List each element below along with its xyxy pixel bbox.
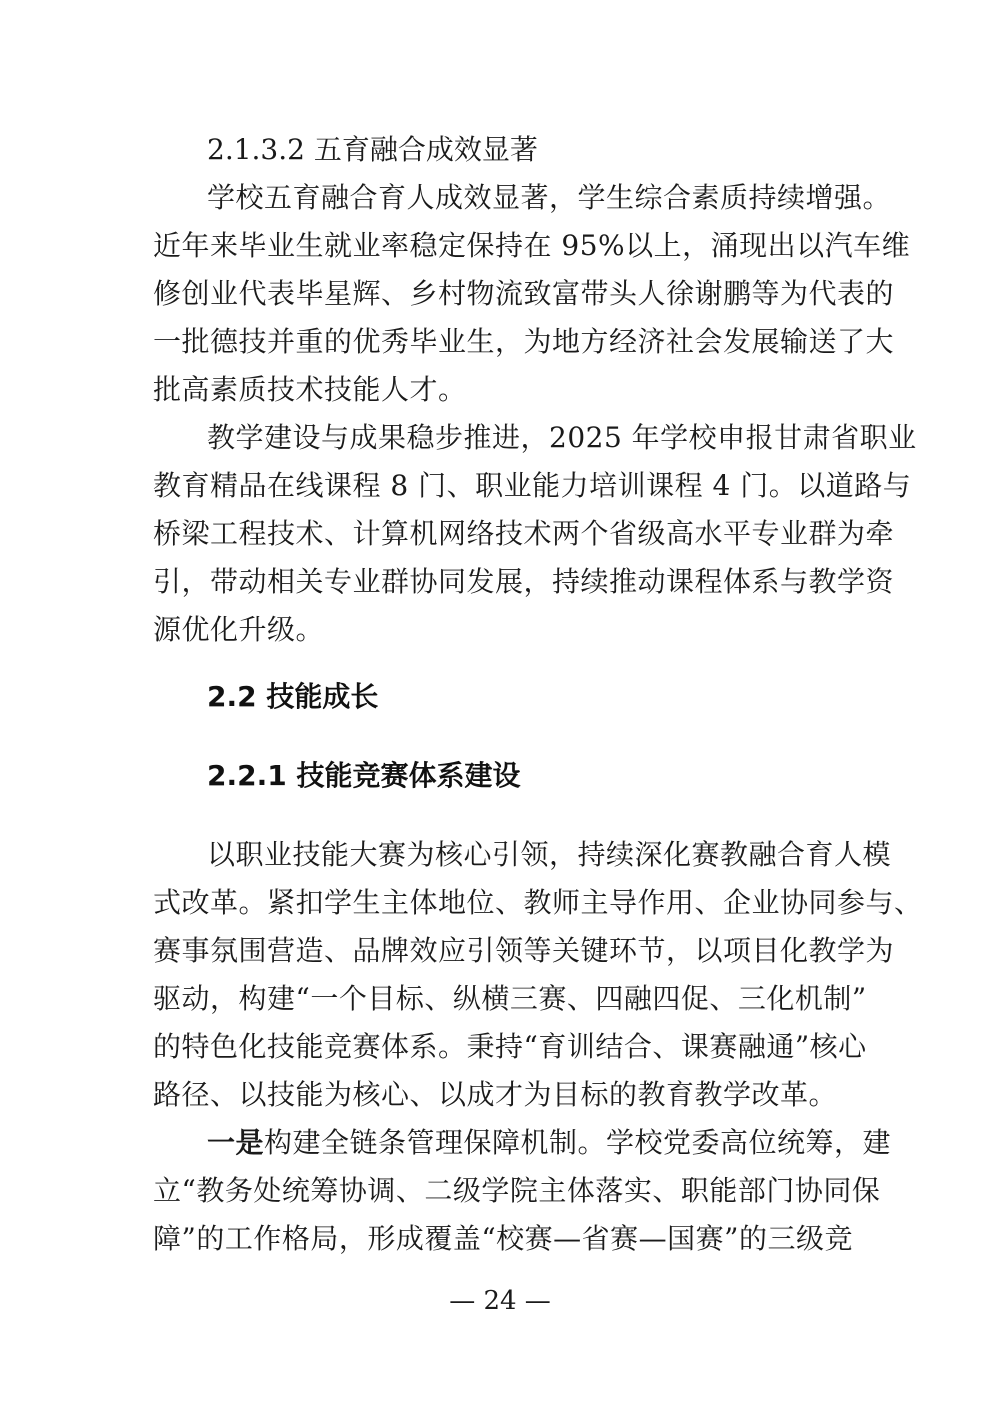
document-page: 2.1.3.2 五育融合成效显著 学校五育融合育人成效显著，学生综合素质持续增强… — [0, 0, 1000, 1415]
section-heading-2-2: 2.2 技能成长 — [207, 677, 378, 717]
paragraph-line: 一批德技并重的优秀毕业生，为地方经济社会发展输送了大 — [153, 322, 847, 362]
paragraph-line: 引，带动相关专业群协同发展，持续推动课程体系与教学资 — [153, 562, 847, 602]
section-heading-2-1-3-2: 2.1.3.2 五育融合成效显著 — [207, 130, 538, 170]
paragraph-lead-rest: 构建全链条管理保障机制。学校党委高位统筹，建 — [264, 1126, 891, 1159]
section-heading-2-2-1: 2.2.1 技能竞赛体系建设 — [207, 756, 520, 796]
paragraph-line: 批高素质技术技能人才。 — [153, 370, 847, 410]
paragraph-line: 源优化升级。 — [153, 610, 847, 650]
paragraph-line: 教育精品在线课程 8 门、职业能力培训课程 4 门。以道路与 — [153, 466, 847, 506]
paragraph-line: 近年来毕业生就业率稳定保持在 95%以上，涌现出以汽车维 — [153, 226, 847, 266]
paragraph-line: 障”的工作格局，形成覆盖“校赛—省赛—国赛”的三级竞 — [153, 1219, 847, 1259]
paragraph-line: 驱动，构建“一个目标、纵横三赛、四融四促、三化机制” — [153, 979, 847, 1019]
paragraph-lead-bold: 一是 — [207, 1126, 264, 1159]
paragraph-line: 修创业代表毕星辉、乡村物流致富带头人徐谢鹏等为代表的 — [153, 274, 847, 314]
paragraph-line: 桥梁工程技术、计算机网络技术两个省级高水平专业群为牵 — [153, 514, 847, 554]
paragraph-line: 路径、以技能为核心、以成才为目标的教育教学改革。 — [153, 1075, 847, 1115]
page-number: — 24 — — [0, 1283, 1000, 1319]
paragraph-line: 教学建设与成果稳步推进，2025 年学校申报甘肃省职业 — [207, 418, 847, 458]
paragraph-line: 的特色化技能竞赛体系。秉持“育训结合、课赛融通”核心 — [153, 1027, 847, 1067]
paragraph-line: 学校五育融合育人成效显著，学生综合素质持续增强。 — [207, 178, 847, 218]
paragraph-line: 以职业技能大赛为核心引领，持续深化赛教融合育人模 — [207, 835, 847, 875]
paragraph-line-with-lead: 一是构建全链条管理保障机制。学校党委高位统筹，建 — [207, 1123, 847, 1163]
paragraph-line: 立“教务处统筹协调、二级学院主体落实、职能部门协同保 — [153, 1171, 847, 1211]
paragraph-line: 式改革。紧扣学生主体地位、教师主导作用、企业协同参与、 — [153, 883, 847, 923]
paragraph-line: 赛事氛围营造、品牌效应引领等关键环节，以项目化教学为 — [153, 931, 847, 971]
